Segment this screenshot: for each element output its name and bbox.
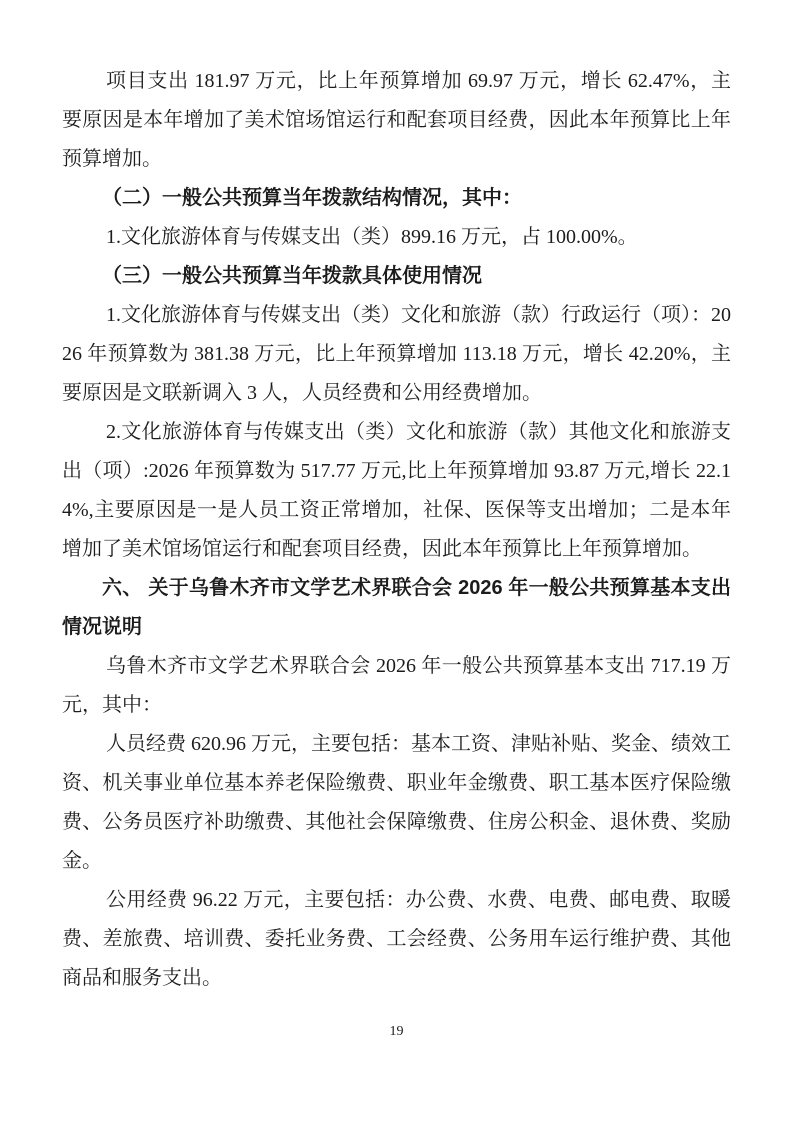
para-basic-expenditure-total: 乌鲁木齐市文学艺术界联合会 2026 年一般公共预算基本支出 717.19 万元… — [62, 647, 731, 725]
page-footer: 19 — [0, 1022, 793, 1040]
heading-section-2-allocation-structure: （二）一般公共预算当年拨款结构情况，其中： — [62, 179, 731, 218]
para-item-1-administrative-operation: 1.文化旅游体育与传媒支出（类）文化和旅游（款）行政运行（项）：2026 年预算… — [62, 296, 731, 413]
heading-section-6-basic-expenditure: 六、 关于乌鲁木齐市文学艺术界联合会 2026 年一般公共预算基本支出情况说明 — [62, 569, 731, 647]
para-culture-tourism-media-total: 1.文化旅游体育与传媒支出（类）899.16 万元，占 100.00%。 — [62, 218, 731, 257]
heading-section-3-allocation-usage: （三）一般公共预算当年拨款具体使用情况 — [62, 257, 731, 296]
para-item-2-other-culture-tourism: 2.文化旅游体育与传媒支出（类）文化和旅游（款）其他文化和旅游支出（项）:202… — [62, 413, 731, 569]
para-public-funds: 公用经费 96.22 万元，主要包括：办公费、水费、电费、邮电费、取暖费、差旅费… — [62, 881, 731, 998]
document-page: 项目支出 181.97 万元，比上年预算增加 69.97 万元，增长 62.47… — [0, 0, 793, 1122]
para-personnel-funds: 人员经费 620.96 万元，主要包括：基本工资、津贴补贴、奖金、绩效工资、机关… — [62, 725, 731, 881]
document-body: 项目支出 181.97 万元，比上年预算增加 69.97 万元，增长 62.47… — [62, 62, 731, 998]
page-number: 19 — [390, 1024, 404, 1039]
para-project-expenditure: 项目支出 181.97 万元，比上年预算增加 69.97 万元，增长 62.47… — [62, 62, 731, 179]
